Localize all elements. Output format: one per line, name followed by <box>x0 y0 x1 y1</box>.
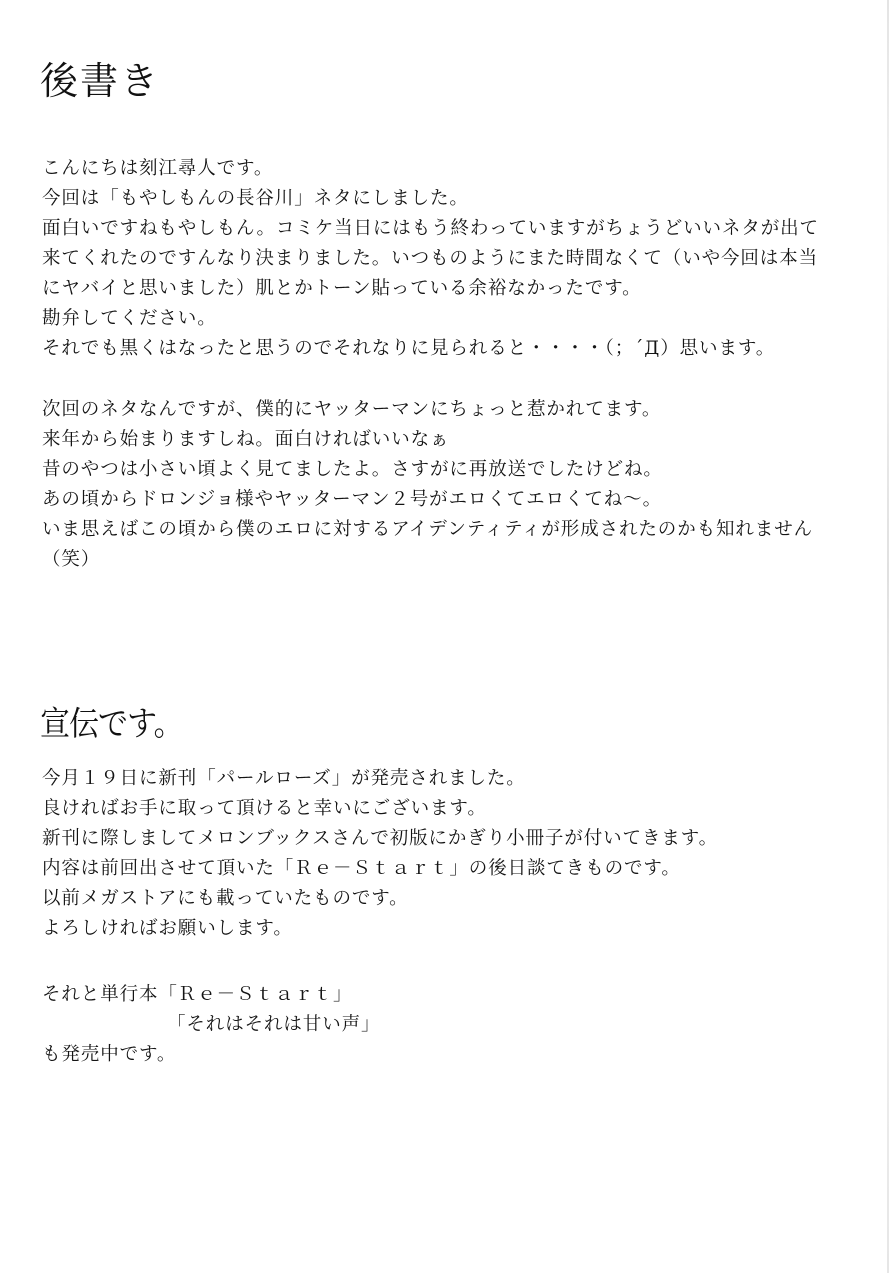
text-line: 次回のネタなんですが、僕的にヤッターマンにちょっと惹かれてます。 <box>42 395 819 425</box>
text-line: 内容は前回出させて頂いた「Ｒｅ－Ｓｔａｒｔ」の後日談てきものです。 <box>42 854 718 884</box>
text-line: 今回は「もやしもんの長谷川」ネタにしました。 <box>42 184 819 214</box>
afterword-body: こんにちは刻江尋人です。 今回は「もやしもんの長谷川」ネタにしました。 面白いで… <box>42 154 819 575</box>
text-line: にヤバイと思いました）肌とかトーン貼っている余裕なかったです。 <box>42 274 819 304</box>
text-line: それと単行本「Ｒｅ－Ｓｔａｒｔ」 <box>42 980 380 1010</box>
text-line: こんにちは刻江尋人です。 <box>42 154 819 184</box>
text-line: 来てくれたのですんなり決まりました。いつものようにまた時間なくて（いや今回は本当 <box>42 244 819 274</box>
text-line: 以前メガストアにも載っていたものです。 <box>42 884 718 914</box>
text-line: それでも黒くはなったと思うのでそれなりに見られると・・・・（；´Д）思います。 <box>42 334 819 364</box>
text-line: （笑） <box>42 545 819 575</box>
text-line: 昔のやつは小さい頃よく見てましたよ。さすがに再放送でしたけどね。 <box>42 455 819 485</box>
text-line: 今月１９日に新刊「パールローズ」が発売されました。 <box>42 764 718 794</box>
text-line: 来年から始まりますしね。面白ければいいなぁ <box>42 425 819 455</box>
afterword-title: 後書き <box>40 50 160 105</box>
advertisement-title: 宣伝です。 <box>40 696 183 745</box>
text-line: も発売中です。 <box>42 1040 380 1070</box>
book-release-notice: それと単行本「Ｒｅ－Ｓｔａｒｔ」 「それはそれは甘い声」 も発売中です。 <box>42 980 380 1070</box>
text-line: 良ければお手に取って頂けると幸いにございます。 <box>42 794 718 824</box>
text-line: いま思えばこの頃から僕のエロに対するアイデンティティが形成されたのかも知れません <box>42 515 819 545</box>
advertisement-body: 今月１９日に新刊「パールローズ」が発売されました。 良ければお手に取って頂けると… <box>42 764 718 944</box>
text-line: 「それはそれは甘い声」 <box>42 1010 380 1040</box>
text-line: 勘弁してください。 <box>42 304 819 334</box>
text-line: 新刊に際しましてメロンブックスさんで初版にかぎり小冊子が付いてきます。 <box>42 824 718 854</box>
paragraph-spacer <box>42 364 819 395</box>
text-line: あの頃からドロンジョ様やヤッターマン２号がエロくてエロくてね～。 <box>42 485 819 515</box>
page-binding-edge <box>887 0 889 1273</box>
text-line: 面白いですねもやしもん。コミケ当日にはもう終わっていますがちょうどいいネタが出て <box>42 214 819 244</box>
text-line: よろしければお願いします。 <box>42 914 718 944</box>
